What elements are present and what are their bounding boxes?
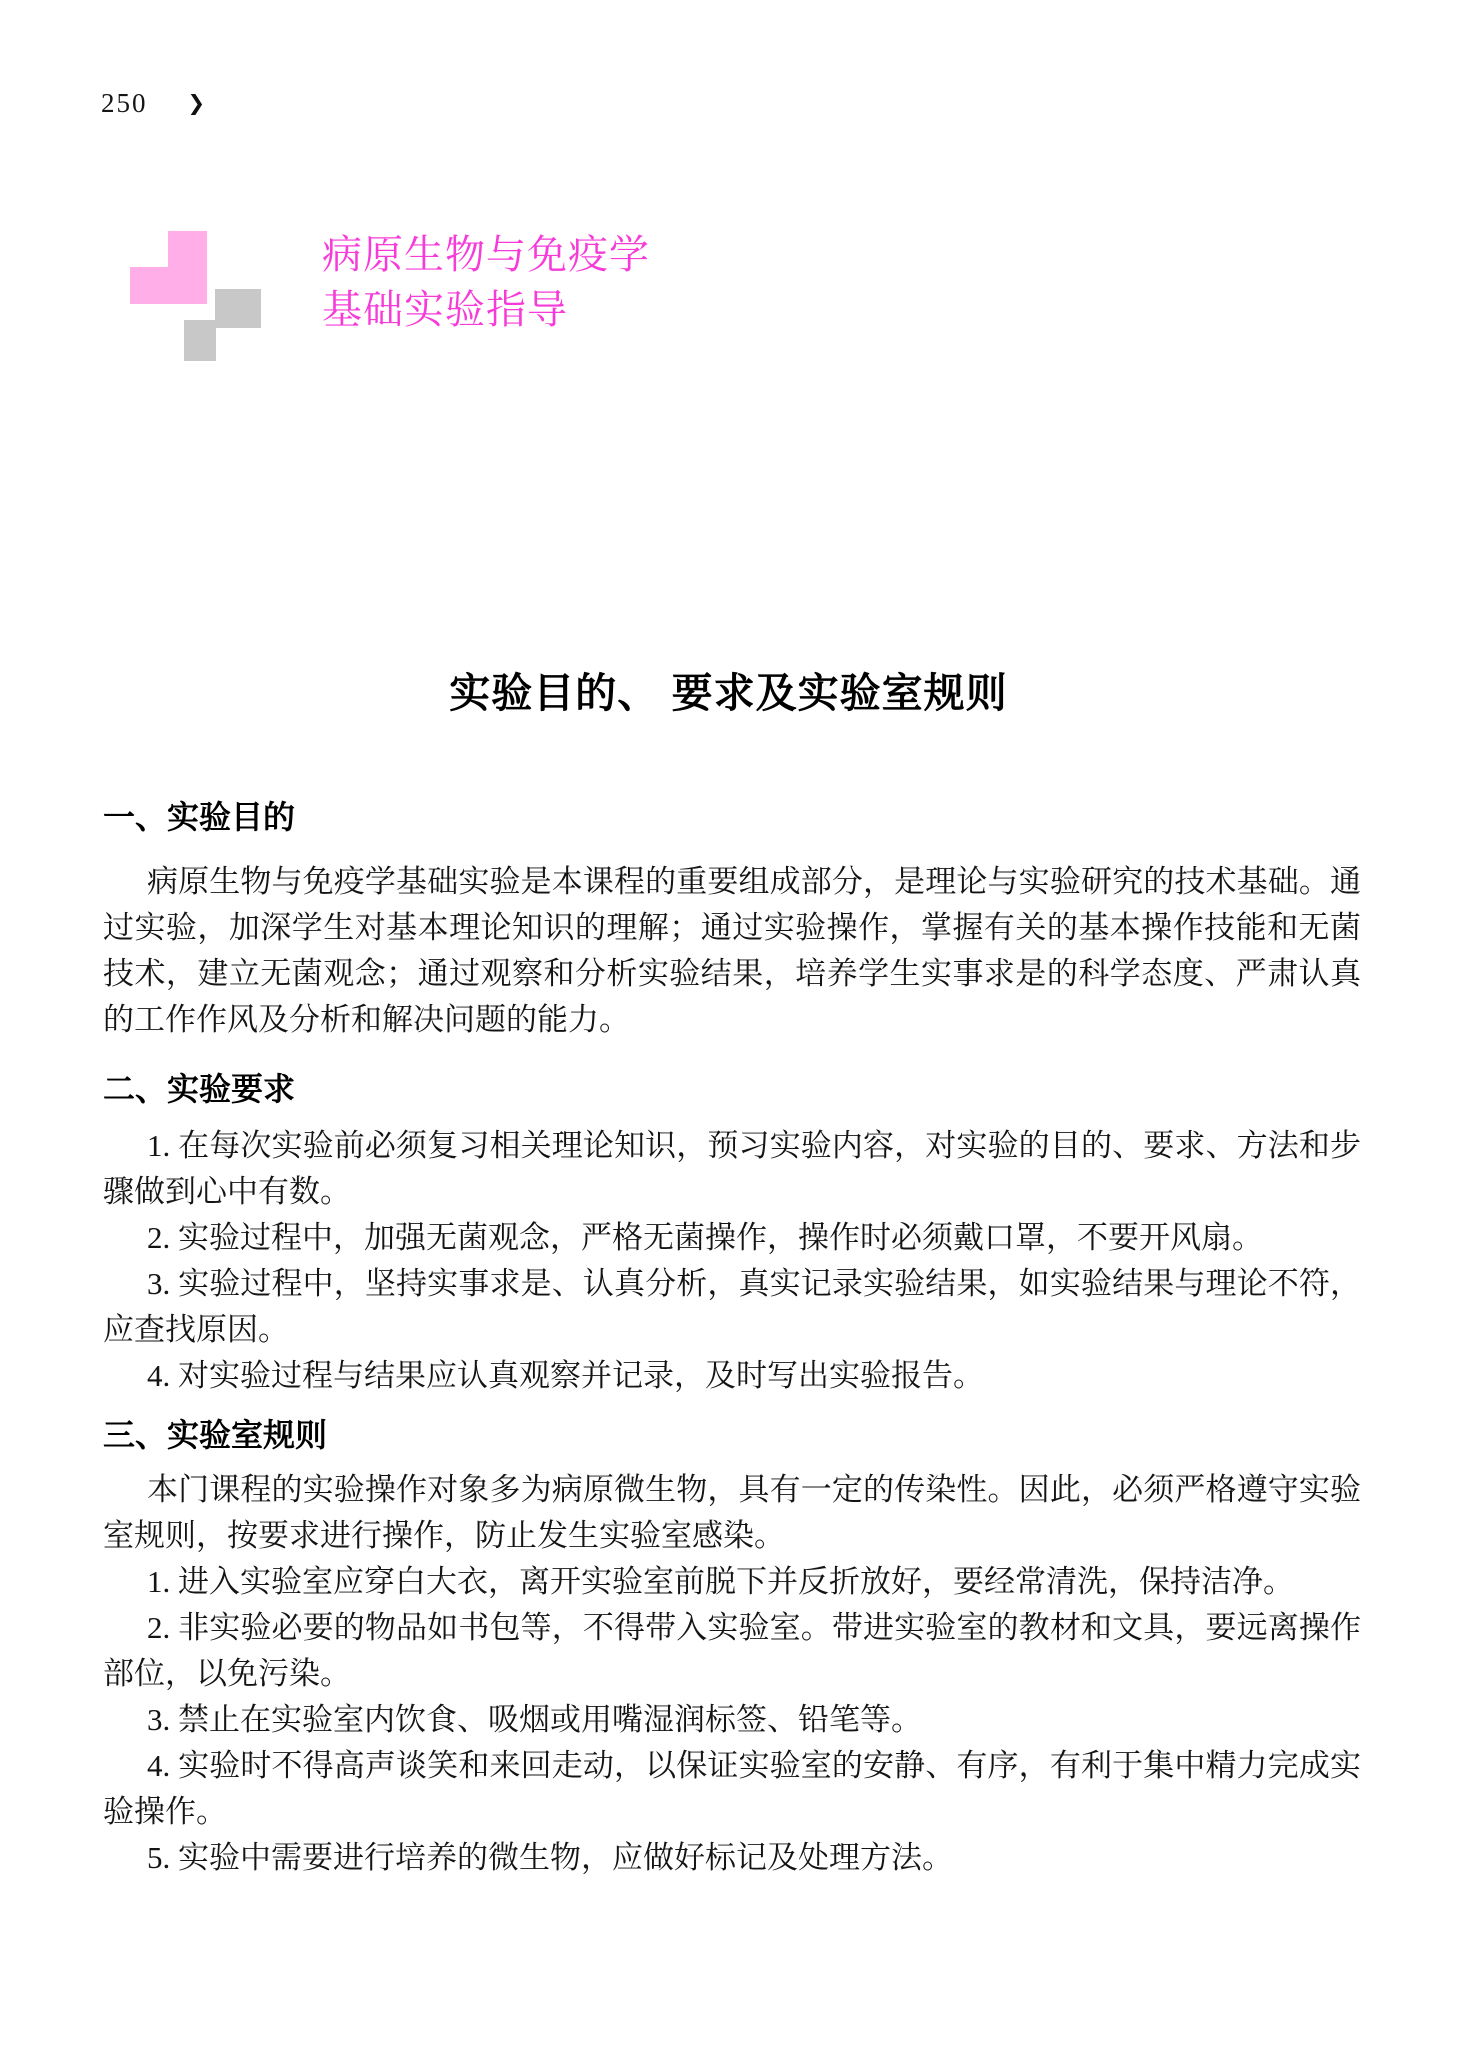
logo-gray-square-small (184, 320, 216, 361)
list-item: 4. 实验时不得高声谈笑和来回走动，以保证实验室的安静、有序，有利于集中精力完成… (103, 1743, 1361, 1835)
section-2-heading: 二、实验要求 (103, 1069, 1361, 1109)
main-content: 一、实验目的 病原生物与免疫学基础实验是本课程的重要组成部分，是理论与实验研究的… (103, 797, 1361, 1881)
chapter-title: 实验目的、 要求及实验室规则 (0, 660, 1457, 719)
section-3-heading: 三、实验室规则 (103, 1415, 1361, 1455)
list-item: 1. 进入实验室应穿白大衣，离开实验室前脱下并反折放好，要经常清洗，保持洁净。 (103, 1559, 1361, 1605)
logo-gray-square-big (215, 289, 261, 328)
logo-pink-square-tall (168, 231, 207, 304)
book-page: 250 ❯ 病原生物与免疫学 基础实验指导 实验目的、 要求及实验室规则 一、实… (0, 0, 1457, 2047)
list-item: 1. 在每次实验前必须复习相关理论知识，预习实验内容，对实验的目的、要求、方法和… (103, 1123, 1361, 1215)
section-1-heading: 一、实验目的 (103, 797, 1361, 837)
list-item: 4. 对实验过程与结果应认真观察并记录，及时写出实验报告。 (103, 1353, 1361, 1399)
list-item: 3. 实验过程中，坚持实事求是、认真分析，真实记录实验结果，如实验结果与理论不符… (103, 1261, 1361, 1353)
book-title: 病原生物与免疫学 基础实验指导 (322, 228, 650, 338)
section-3-paragraph: 本门课程的实验操作对象多为病原微生物，具有一定的传染性。因此，必须严格遵守实验室… (103, 1467, 1361, 1559)
book-title-line2: 基础实验指导 (322, 283, 650, 338)
section-1-paragraph: 病原生物与免疫学基础实验是本课程的重要组成部分，是理论与实验研究的技术基础。通过… (103, 859, 1361, 1043)
book-title-line1: 病原生物与免疫学 (322, 228, 650, 283)
logo-mark (130, 231, 262, 363)
page-header: 250 ❯ (101, 88, 205, 119)
list-item: 5. 实验中需要进行培养的微生物，应做好标记及处理方法。 (103, 1835, 1361, 1881)
page-number: 250 (101, 88, 148, 119)
list-item: 2. 非实验必要的物品如书包等，不得带入实验室。带进实验室的教材和文具，要远离操… (103, 1605, 1361, 1697)
list-item: 2. 实验过程中，加强无菌观念，严格无菌操作，操作时必须戴口罩，不要开风扇。 (103, 1215, 1361, 1261)
list-item: 3. 禁止在实验室内饮食、吸烟或用嘴湿润标签、铅笔等。 (103, 1697, 1361, 1743)
logo-pink-square-low (130, 267, 169, 304)
chevron-right-icon: ❯ (188, 93, 206, 114)
